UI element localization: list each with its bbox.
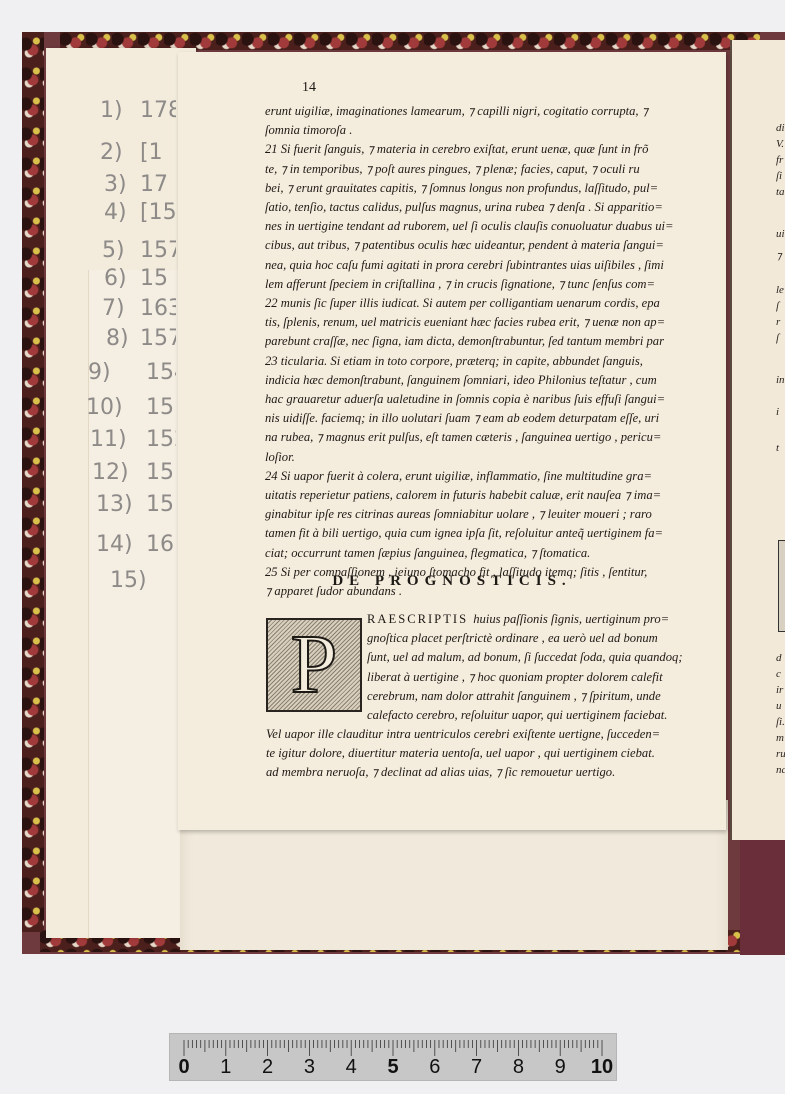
pencil-note-index: 4) xyxy=(104,200,127,225)
small-caps-opening: RAESCRIPTIS xyxy=(367,612,473,626)
text-line: 21 Si fuerit ſanguis, ⁊ materia in cereb… xyxy=(265,140,715,159)
text-line: tis, ſplenis, renum, uel matricis euenia… xyxy=(265,313,715,332)
text-line: ſunt, uel ad malum, ad bonum, ſi ſucceda… xyxy=(367,648,717,667)
pencil-note-value: 152 xyxy=(146,427,176,452)
text-line: tamen fit à bili uertigo, quia cum ignea… xyxy=(265,524,715,543)
pencil-note-index: 6) xyxy=(104,266,127,291)
facing-text-fragment: c xyxy=(776,666,781,682)
facing-text-fragment: m xyxy=(776,730,784,746)
facing-text-fragment: di xyxy=(776,120,785,136)
text-line: te igitur dolore, diuertitur materia uen… xyxy=(266,744,716,763)
ruler-label: 4 xyxy=(346,1056,357,1079)
section-heading: DE PROGNOSTICIS. xyxy=(178,573,726,590)
printed-page: 14 erunt uigiliæ, imaginationes lamearum… xyxy=(178,52,726,830)
text-line: cerebrum, nam dolor attrahit ſanguinem ,… xyxy=(367,687,717,706)
facing-text-fragment: in xyxy=(776,372,785,388)
pencil-note-index: 8) xyxy=(106,326,129,351)
facing-text-fragment: i xyxy=(776,404,779,420)
text-line: bei, ⁊ erunt grauitates capitis, ⁊ ſomnu… xyxy=(265,179,715,198)
pencil-note-index: 10) xyxy=(86,395,123,420)
pencil-note-index: 7) xyxy=(102,296,125,321)
initial-letter: P xyxy=(291,623,338,707)
text-line: nea, quia hoc caſu fumi agitati in prora… xyxy=(265,256,715,275)
text-line: calefacto cerebro, reſoluitur uapor, qui… xyxy=(367,706,717,725)
ruler-label: 8 xyxy=(513,1056,524,1079)
pencil-note-index: 15) xyxy=(110,568,147,593)
facing-text-fragment: r xyxy=(776,314,780,330)
pencil-note-index: 9) xyxy=(88,360,111,385)
facing-text-fragment: ſi. xyxy=(776,714,785,730)
ruler-label: 5 xyxy=(387,1056,398,1079)
text-line: gnoſtica placet perſtrictè ordinare , ea… xyxy=(367,629,717,648)
pencil-note-value: 157 xyxy=(140,238,176,263)
text-line: erunt uigiliæ, imaginationes lamearum, ⁊… xyxy=(265,102,715,121)
text-line: lem afferunt ſpeciem in criſtallina , ⁊ … xyxy=(265,275,715,294)
text-line: nes in uertigine tendant ad ruborem, uel… xyxy=(265,217,715,236)
pencil-note-value: 15 xyxy=(146,395,176,420)
facing-text-fragment: fr xyxy=(776,152,783,168)
pencil-note-value: 157 xyxy=(140,326,176,351)
text-line: na rubea, ⁊ magnus erit pulſus, eſt tame… xyxy=(265,428,715,447)
pencil-note-value: 15 xyxy=(146,492,176,517)
pencil-note-value: 154 xyxy=(146,360,176,385)
text-line: ginabitur ipſe res citrinas aureas ſomni… xyxy=(265,505,715,524)
facing-text-fragment: ſ xyxy=(776,298,779,314)
facing-text-fragment: ir xyxy=(776,682,783,698)
pencil-note-value: [15 xyxy=(140,200,176,225)
facing-text-fragment: ru; xyxy=(776,746,785,762)
text-line: cibus, aut tribus, ⁊ patentibus oculis h… xyxy=(265,236,715,255)
facing-text-fragment: u xyxy=(776,698,782,714)
text-line: liberat à uertigine , ⁊ hoc quoniam prop… xyxy=(367,668,717,687)
facing-text-fragment: V. xyxy=(776,136,784,152)
binding-cloth-right xyxy=(740,820,785,955)
text-line: ſomnia timoroſa . xyxy=(265,121,715,140)
facing-text-fragment: le xyxy=(776,282,784,298)
text-line: ſatio, tenſio, tactus calidus, pulſus ma… xyxy=(265,198,715,217)
ruler-label: 10 xyxy=(591,1056,613,1079)
text-line-content: calefacto cerebro, reſoluitur uapor, qui… xyxy=(367,708,667,722)
ruler-ticks xyxy=(170,1038,616,1056)
text-line: 24 Si uapor fuerit à colera, erunt uigil… xyxy=(265,467,715,486)
pencil-note-value: 178 xyxy=(140,98,176,123)
text-line-content: cerebrum, nam dolor attrahit ſanguinem ,… xyxy=(367,689,661,703)
ruler-label: 2 xyxy=(262,1056,273,1079)
ruler-label: 0 xyxy=(178,1056,189,1079)
text-line: Vel uapor ille clauditur intra uentricul… xyxy=(266,725,716,744)
facing-text-fragment: ta xyxy=(776,184,785,200)
text-line: loſior. xyxy=(265,448,715,467)
ruler-label: 7 xyxy=(471,1056,482,1079)
facing-woodcut-edge xyxy=(778,540,785,632)
pencil-note-value: 17 xyxy=(140,172,176,197)
facing-text-fragment: ui, xyxy=(776,226,785,242)
text-line-content: liberat à uertigine , ⁊ hoc quoniam prop… xyxy=(367,670,663,684)
text-line-content: gnoſtica placet perſtrictè ordinare , ea… xyxy=(367,631,658,645)
facing-text-fragment: t xyxy=(776,440,779,456)
pencil-note-value: 15 xyxy=(140,266,176,291)
facing-text-fragment: ncr xyxy=(776,762,785,778)
pencil-note-index: 5) xyxy=(102,238,125,263)
facing-text-fragment: d xyxy=(776,650,782,666)
text-line: nis uidiſſe. faciemq; in illo uolutari ſ… xyxy=(265,409,715,428)
text-line: ciat; occurrunt tamen ſæpius ſanguinea, … xyxy=(265,544,715,563)
pencil-note-index: 13) xyxy=(96,492,133,517)
pencil-note-index: 11) xyxy=(90,427,127,452)
text-line: 22 munis ſic ſuper illis iudicat. Si aut… xyxy=(265,294,715,313)
pencil-note-index: 14) xyxy=(96,532,133,557)
pencil-note-index: 1) xyxy=(100,98,123,123)
pencil-note-value: 16 xyxy=(146,532,176,557)
ruler-label: 9 xyxy=(555,1056,566,1079)
paragraph-beside-initial: RAESCRIPTIS huius paſſionis ſignis, uert… xyxy=(367,610,717,725)
facing-text-fragment: ſi xyxy=(776,168,782,184)
text-line-content: ſunt, uel ad malum, ad bonum, ſi ſucceda… xyxy=(367,650,683,664)
text-line: parebunt craſſæ, nec ſigna, iam dicta, d… xyxy=(265,332,715,351)
pencil-note-index: 3) xyxy=(104,172,127,197)
pencil-note-index: 2) xyxy=(100,140,123,165)
woodcut-initial: P xyxy=(266,618,362,712)
marbled-board-left xyxy=(22,32,44,932)
text-line-content: huius paſſionis ſignis, uertiginum pro= xyxy=(473,612,669,626)
ruler-label: 3 xyxy=(304,1056,315,1079)
facing-text-fragment: ſ xyxy=(776,330,779,346)
pencil-note-value: 163 xyxy=(140,296,176,321)
paragraph-full-width: Vel uapor ille clauditur intra uentricul… xyxy=(266,725,716,783)
text-line: 23 ticularia. Si etiam in toto corpore, … xyxy=(265,352,715,371)
ruler-label: 6 xyxy=(429,1056,440,1079)
text-line: RAESCRIPTIS huius paſſionis ſignis, uert… xyxy=(367,610,717,629)
pencil-note-value: [1 xyxy=(140,140,176,165)
body-text: erunt uigiliæ, imaginationes lamearum, ⁊… xyxy=(265,82,715,601)
text-line: hac grauaretur aduerſa ualetudine in ſom… xyxy=(265,390,715,409)
text-line: uitatis reperietur patiens, calorem in f… xyxy=(265,486,715,505)
pencil-note-value: 15 xyxy=(146,460,176,485)
scale-ruler: 012345678910 xyxy=(169,1033,617,1081)
text-line: ad membra neruoſa, ⁊ declinat ad alias u… xyxy=(266,763,716,782)
text-line: te, ⁊ in temporibus, ⁊ poſt aures pingue… xyxy=(265,160,715,179)
facing-text-fragment: ⁊ xyxy=(776,248,781,264)
pencil-note-index: 12) xyxy=(92,460,129,485)
ruler-label: 1 xyxy=(220,1056,231,1079)
text-line: indicia hæc demonſtrabunt, ſanguinem ſom… xyxy=(265,371,715,390)
